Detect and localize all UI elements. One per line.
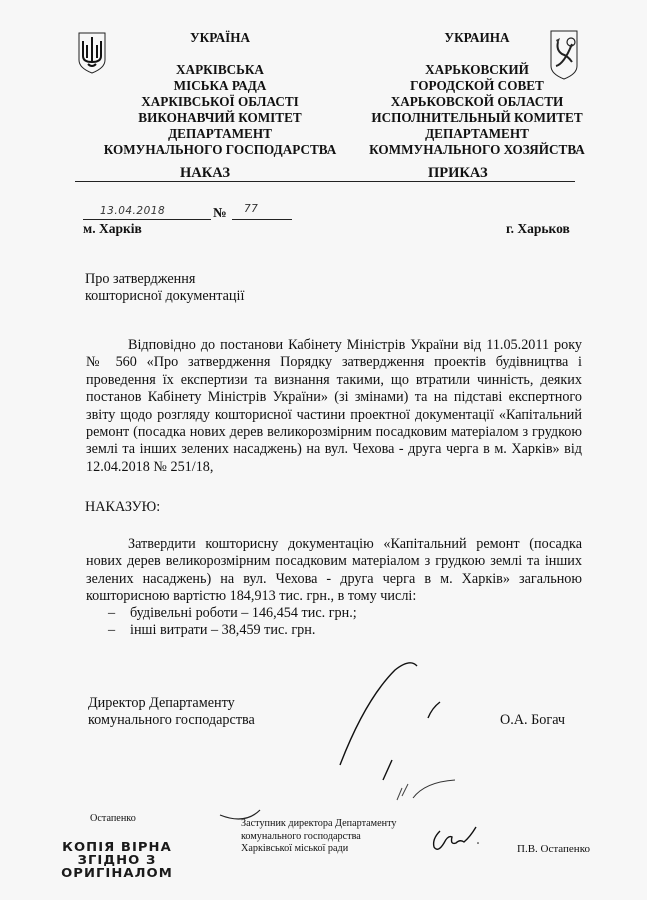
cost-items-list: – будівельні роботи – 146,454 тис. грн.;… [108,605,578,640]
position-line: Директор Департаменту [88,695,255,712]
deputy-name: П.В. Остапенко [517,843,590,856]
signatory-position: Директор Департаменту комунального госпо… [88,695,255,729]
country-name-ua: УКРАЇНА [100,30,340,46]
subject: Про затвердження кошторисної документаці… [85,271,244,305]
list-item: – інші витрати – 38,459 тис. грн. [108,622,578,639]
header-line: ДЕПАРТАМЕНТ [100,126,340,142]
order-number: 77 [244,203,258,215]
header-line: ХАРКІВСЬКОЇ ОБЛАСТІ [100,94,340,110]
order-word: НАКАЗУЮ: [85,499,160,516]
stamp-line: ОРИГІНАЛОМ [59,866,175,879]
header-line: ГОРОДСКОЙ СОВЕТ [362,78,592,94]
deputy-signature [430,825,480,855]
list-item-text: інші витрати – 38,459 тис. грн. [130,622,315,638]
list-item-text: будівельні роботи – 146,454 тис. грн.; [130,605,357,621]
position-line: комунального господарства [88,712,255,729]
header-line: ХАРКІВСЬКА [100,62,340,78]
deputy-position: Заступник директора Департаменту комунал… [241,818,397,856]
header-line: КОММУНАЛЬНОГО ХОЗЯЙСТВА [362,142,592,158]
deputy-line: Заступник директора Департаменту [241,818,397,831]
header-line: ИСПОЛНИТЕЛЬНЫЙ КОМИТЕТ [362,110,592,126]
list-dash: – [108,605,115,622]
header-line: ВИКОНАВЧИЙ КОМІТЕТ [100,110,340,126]
header-divider [75,181,575,182]
deputy-line: Харківської міської ради [241,843,397,856]
header-line: ДЕПАРТАМЕНТ [362,126,592,142]
order-title-ua: НАКАЗ [180,165,230,182]
number-sign: № [213,205,227,221]
number-underline [232,219,292,220]
kharkiv-coat-of-arms-icon [550,30,578,80]
city-ua: м. Харків [83,221,142,237]
header-line: МІСЬКА РАДА [100,78,340,94]
header-line: ХАРЬКОВСКОЙ ОБЛАСТИ [362,94,592,110]
list-dash: – [108,622,115,639]
subject-line: Про затвердження [85,271,244,288]
header-left-ua: УКРАЇНА ХАРКІВСЬКА МІСЬКА РАДА ХАРКІВСЬК… [100,30,340,158]
order-title-ru: ПРИКАЗ [428,165,488,182]
preamble-paragraph: Відповідно до постанови Кабінету Міністр… [86,337,582,476]
list-item: – будівельні роботи – 146,454 тис. грн.; [108,605,578,622]
order-date: 13.04.2018 [100,205,165,217]
deputy-line: комунального господарства [241,831,397,844]
directive-paragraph: Затвердити кошторисну документацію «Капі… [86,536,582,606]
executor-name: Остапенко [90,813,136,826]
header-line: КОМУНАЛЬНОГО ГОСПОДАРСТВА [100,142,340,158]
copy-certified-stamp: КОПІЯ ВІРНА ЗГІДНО З ОРИГІНАЛОМ [59,840,175,879]
director-signature [340,660,540,810]
subject-line: кошторисної документації [85,288,244,305]
city-ru: г. Харьков [506,221,570,237]
date-underline [83,219,211,220]
